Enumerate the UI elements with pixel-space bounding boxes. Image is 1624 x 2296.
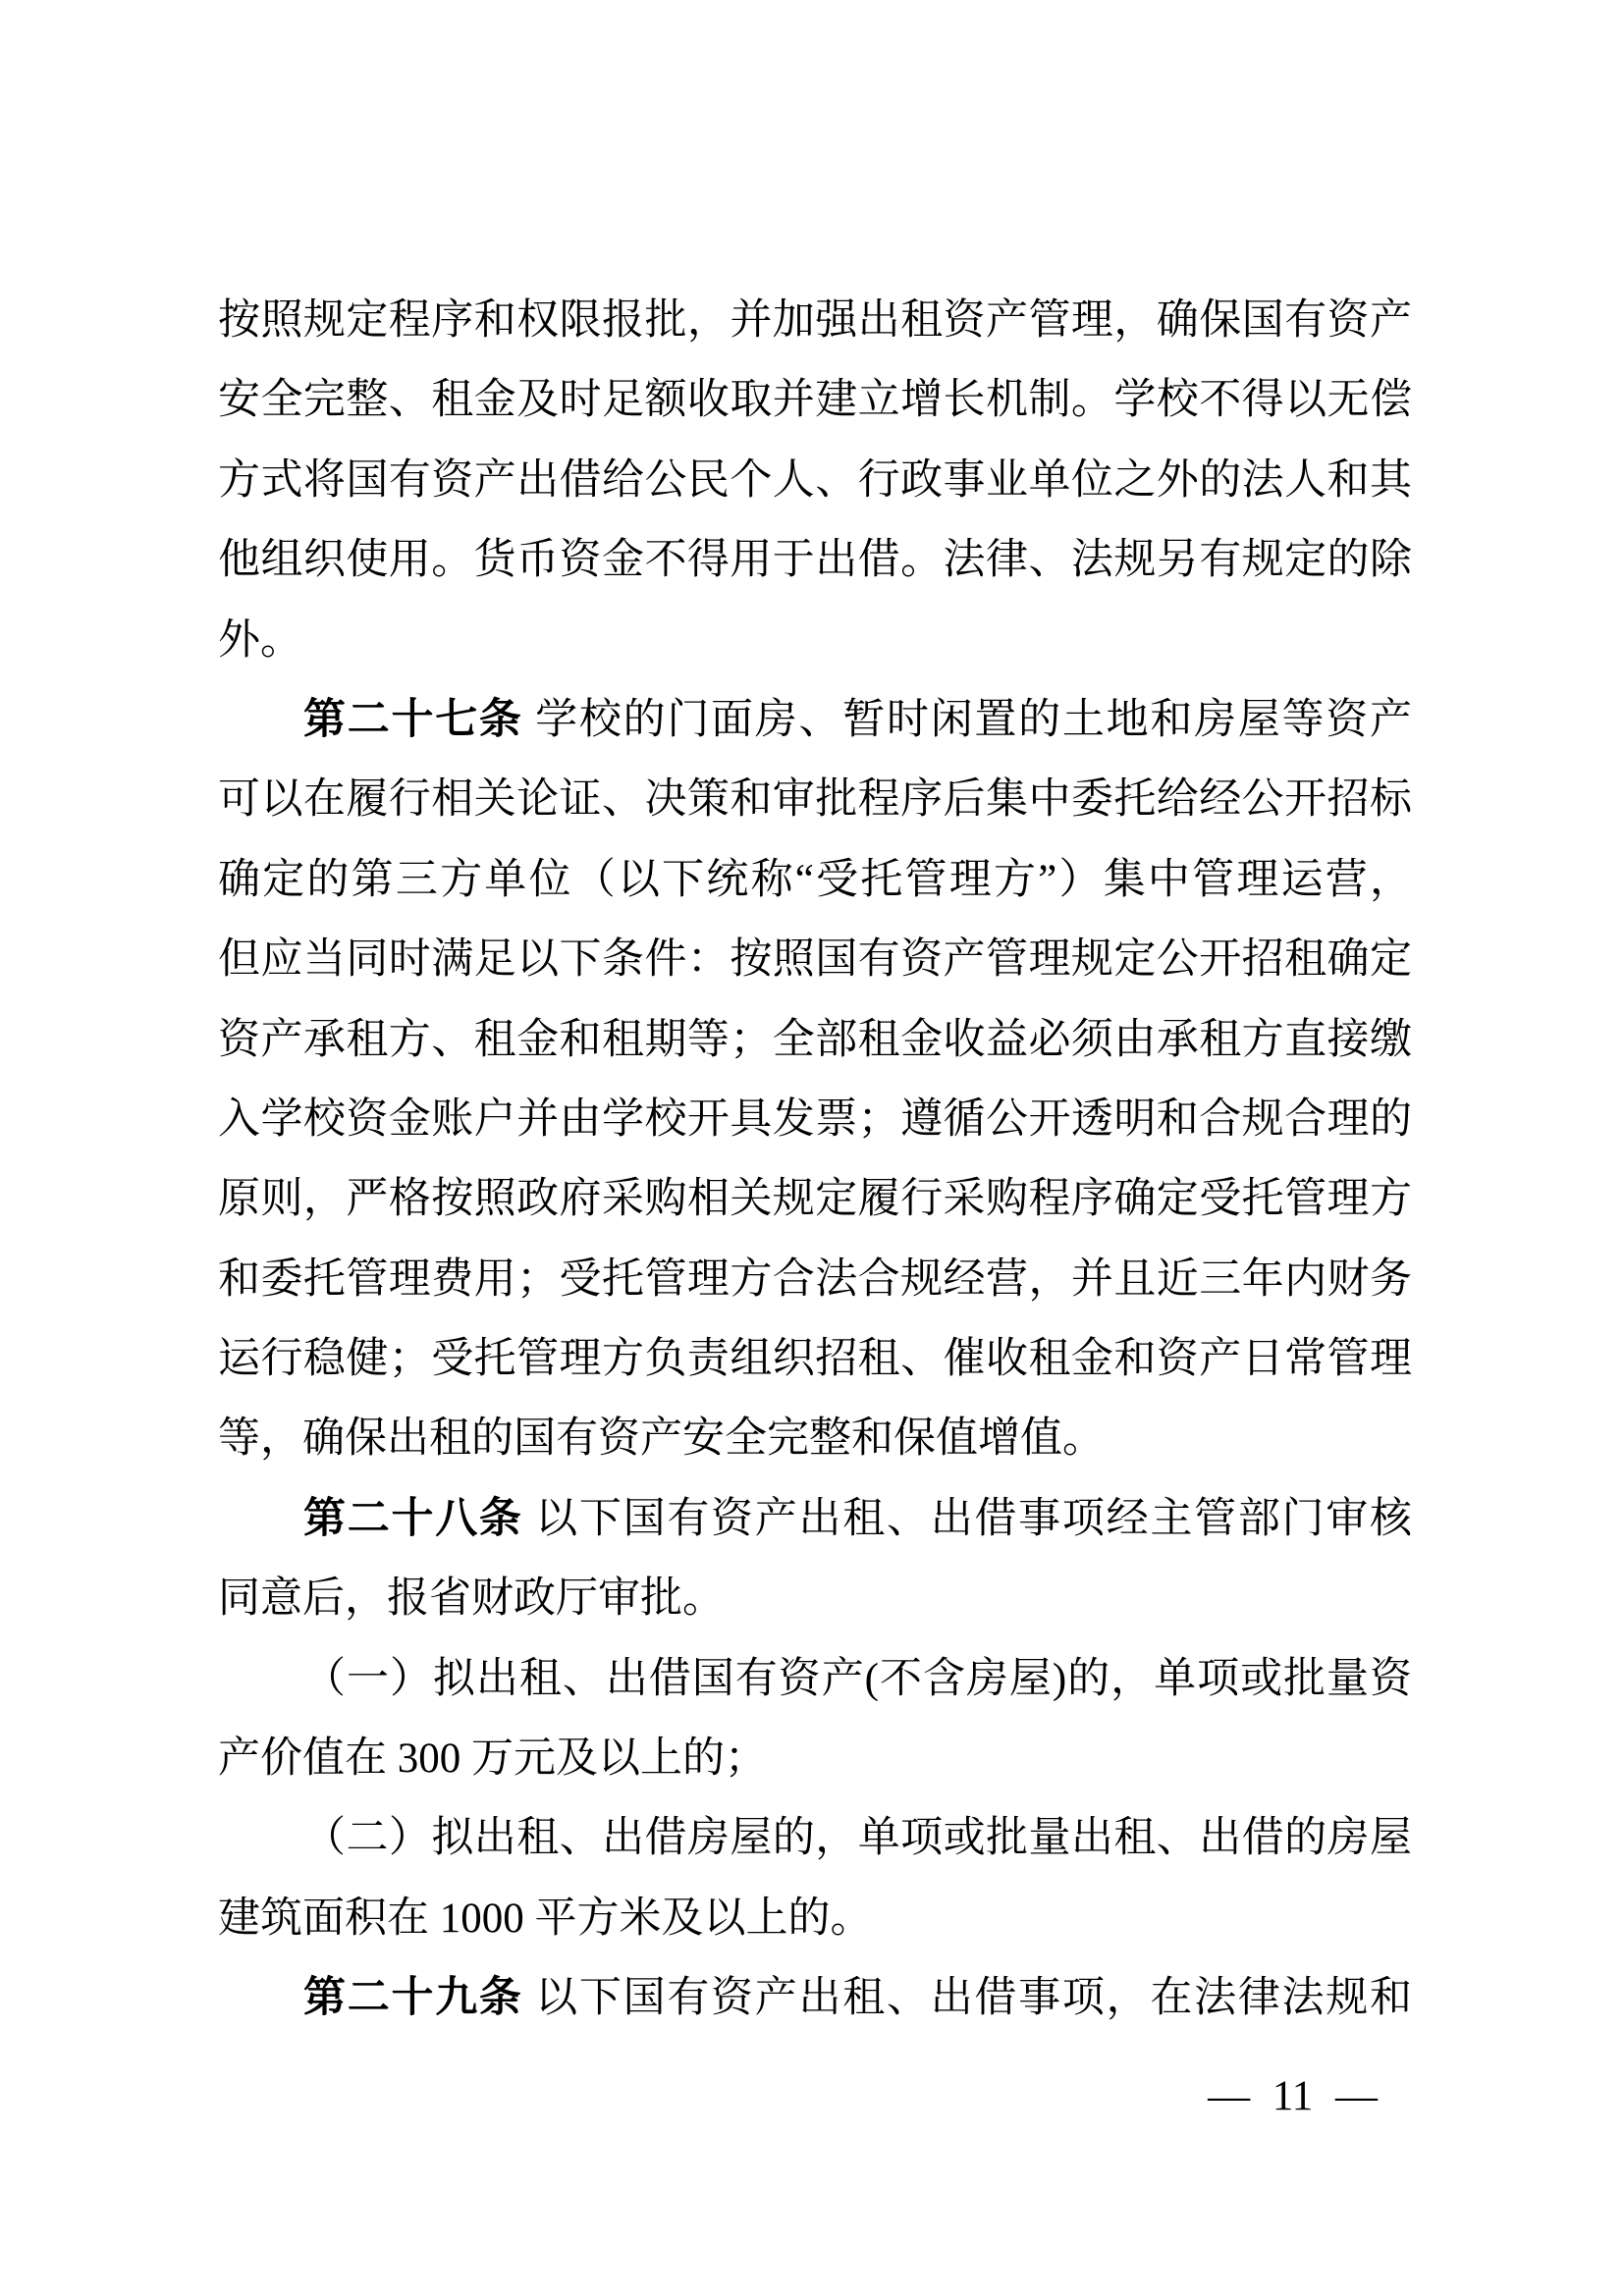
- page-number: — 11 —: [1208, 2073, 1378, 2119]
- text-line: 运行稳健；受托管理方负责组织招租、催收租金和资产日常管理: [218, 1319, 1412, 1399]
- text-line: 方式将国有资产出借给公民个人、行政事业单位之外的法人和其: [218, 441, 1412, 520]
- document-page: 按照规定程序和权限报批，并加强出租资产管理，确保国有资产安全完整、租金及时足额收…: [0, 0, 1624, 2296]
- text-line: 但应当同时满足以下条件：按照国有资产管理规定公开招租确定: [218, 920, 1412, 999]
- text-line: （二）拟出租、出借房屋的，单项或批量出租、出借的房屋: [218, 1798, 1412, 1878]
- text-line: 第二十八条 以下国有资产出租、出借事项经主管部门审核: [218, 1479, 1412, 1559]
- article-number: 第二十九条: [303, 1974, 523, 2021]
- text-line: 和委托管理费用；受托管理方合法合规经营，并且近三年内财务: [218, 1240, 1412, 1319]
- text-line: 同意后，报省财政厅审批。: [218, 1559, 1412, 1638]
- text-line: 产价值在 300 万元及以上的；: [218, 1719, 1412, 1798]
- text-line: （一）拟出租、出借国有资产(不含房屋)的，单项或批量资: [218, 1639, 1412, 1719]
- text-line: 入学校资金账户并由学校开具发票；遵循公开透明和合规合理的: [218, 1080, 1412, 1159]
- text-line: 第二十七条 学校的门面房、暂时闲置的土地和房屋等资产: [218, 680, 1412, 760]
- text-line: 第二十九条 以下国有资产出租、出借事项，在法律法规和: [218, 1958, 1412, 2038]
- text-line: 按照规定程序和权限报批，并加强出租资产管理，确保国有资产: [218, 281, 1412, 360]
- text-line: 确定的第三方单位（以下统称“受托管理方”）集中管理运营，: [218, 840, 1412, 920]
- text-line: 资产承租方、租金和租期等；全部租金收益必须由承租方直接缴: [218, 1000, 1412, 1080]
- text-line: 他组织使用。货币资金不得用于出借。法律、法规另有规定的除: [218, 520, 1412, 600]
- text-line: 安全完整、租金及时足额收取并建立增长机制。学校不得以无偿: [218, 360, 1412, 440]
- article-number: 第二十七条: [303, 696, 523, 743]
- text-line: 外。: [218, 601, 1412, 680]
- document-text: 按照规定程序和权限报批，并加强出租资产管理，确保国有资产安全完整、租金及时足额收…: [218, 281, 1412, 2039]
- page-footer: — 11 —: [1208, 2073, 1378, 2120]
- text-line: 等，确保出租的国有资产安全完整和保值增值。: [218, 1399, 1412, 1478]
- text-line: 可以在履行相关论证、决策和审批程序后集中委托给经公开招标: [218, 760, 1412, 839]
- text-line: 原则，严格按照政府采购相关规定履行采购程序确定受托管理方: [218, 1159, 1412, 1239]
- text-line: 建筑面积在 1000 平方米及以上的。: [218, 1879, 1412, 1958]
- article-number: 第二十八条: [303, 1495, 523, 1542]
